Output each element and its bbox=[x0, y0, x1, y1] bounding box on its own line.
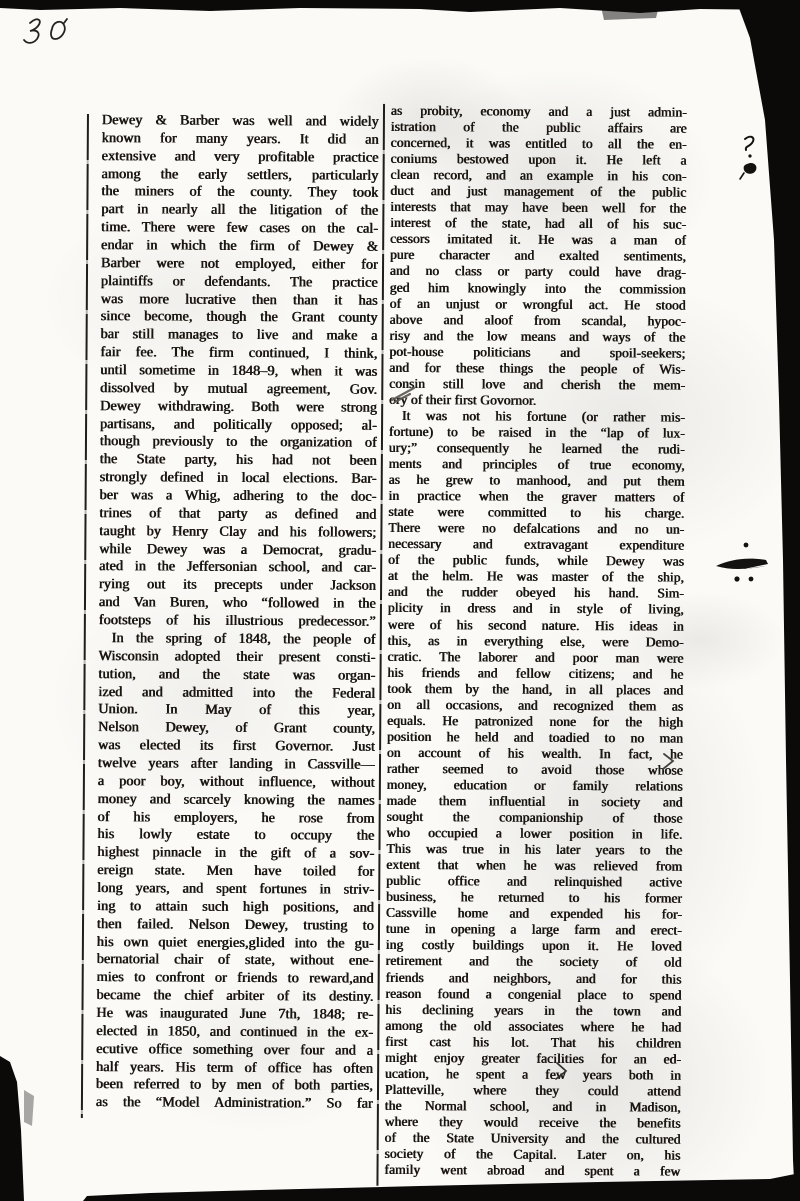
text-line: Wisconsin adopted their present consti- bbox=[99, 648, 376, 668]
text-line: tune in opening a large farm and erect- bbox=[386, 921, 682, 939]
text-line: his lowly estate to occupy the bbox=[98, 826, 375, 846]
text-line: ory of their first Govornor. bbox=[389, 392, 685, 410]
text-line: Nelson Dewey, of Grant county, bbox=[98, 719, 375, 739]
text-line: sought the companionship of those bbox=[387, 809, 683, 827]
text-line: as he grew to manhood, and put them bbox=[389, 472, 685, 490]
text-line: endar in which the firm of Dewey & bbox=[101, 237, 378, 257]
scanned-newspaper-page: Dewey & Barber was well and widelyknown … bbox=[0, 0, 800, 1201]
text-line: plaintiffs or defendants. The practice bbox=[101, 273, 378, 293]
text-line: fortune) to be raised in the “lap of lux… bbox=[389, 424, 685, 442]
text-line: on account of his wealth. In fact, he bbox=[387, 745, 683, 763]
text-line: half years. His term of office has often bbox=[96, 1059, 373, 1079]
text-line: known for many years. It did an bbox=[102, 130, 379, 150]
text-line: necessary and extravagant expenditure bbox=[388, 536, 684, 554]
text-line: twelve years after landing in Cassville— bbox=[98, 755, 375, 775]
text-line: pot-house politicians and spoil-seekers; bbox=[389, 344, 685, 362]
text-line: bernatorial chair of state, without ene- bbox=[97, 951, 374, 971]
paragraph: In the spring of 1848, the people ofWisc… bbox=[96, 630, 376, 1114]
text-line: then failed. Nelson Dewey, trusting to bbox=[97, 916, 374, 936]
text-line: istration of the public affairs are bbox=[391, 119, 687, 137]
text-line: risy and the low means and ways of the bbox=[390, 327, 686, 345]
text-line: his declining years in the town and bbox=[385, 1001, 681, 1019]
text-line: interests that may have been well for th… bbox=[390, 199, 686, 217]
text-line: concerned, it was entitled to all the en… bbox=[391, 135, 687, 153]
text-line: extensive and very profitable practice bbox=[102, 148, 379, 168]
text-line: mies to confront or friends to reward,an… bbox=[97, 969, 374, 989]
text-line: position he held and toadied to no man bbox=[387, 729, 683, 747]
paragraph: Dewey & Barber was well and widelyknown … bbox=[99, 112, 379, 632]
text-line: his own quiet energies,glided into the g… bbox=[97, 934, 374, 954]
text-line: reason found a congenial place to spend bbox=[386, 985, 682, 1003]
text-line: It was not his fortune (or rather mis- bbox=[389, 408, 685, 426]
text-line: taught by Henry Clay and his followers; bbox=[99, 523, 376, 543]
text-line: ecutive office something over four and a bbox=[96, 1041, 373, 1061]
text-line: ged him knowingly into the commission bbox=[390, 279, 686, 297]
text-line: rather seemed to avoid those whose bbox=[387, 761, 683, 779]
text-line: first cast his lot. That his children bbox=[385, 1034, 681, 1052]
text-line: might enjoy greater facilities for an ed… bbox=[385, 1050, 681, 1068]
text-line: retirement and the society of old bbox=[386, 953, 682, 971]
text-line: at the helm. He was master of the ship, bbox=[388, 568, 684, 586]
text-line: dissolved by mutual agreement, Gov. bbox=[100, 380, 377, 400]
text-line: among the early settlers, particularly bbox=[102, 166, 379, 186]
text-line: rying out its precepts under Jackson bbox=[99, 576, 376, 596]
text-line: ing costly buildings upon it. He loved bbox=[386, 937, 682, 955]
text-line: and no class or party could have drag- bbox=[390, 263, 686, 281]
text-line: took them by the hand, in all places and bbox=[387, 681, 683, 699]
text-line: ments and principles of true economy, bbox=[389, 456, 685, 474]
text-line: footsteps of his illustrious predecessor… bbox=[99, 612, 376, 632]
text-line: society of the Capital. Later on, his bbox=[385, 1146, 681, 1164]
text-line: a poor boy, without influence, without bbox=[98, 773, 375, 793]
text-line: coniums bestowed upon it. He left a bbox=[391, 151, 687, 169]
text-line: friends and neighbors, and for this bbox=[386, 969, 682, 987]
text-line: became the chief arbiter of its destiny. bbox=[97, 987, 374, 1007]
text-line: plicity in dress and in style of living, bbox=[388, 600, 684, 618]
text-line: been referred to by men of both parties, bbox=[96, 1076, 373, 1096]
text-line: though previously to the organization of bbox=[100, 434, 377, 454]
text-line: since become, though the Grant county bbox=[101, 309, 378, 329]
text-line: of an unjust or wrongful act. He stood bbox=[390, 295, 686, 313]
text-line: made them influential in society and bbox=[387, 793, 683, 811]
text-line: cessors imitated it. He was a man of bbox=[390, 231, 686, 249]
text-line: and the rudder obeyed his hand. Sim- bbox=[388, 584, 684, 602]
text-line: tution, and the state was organ- bbox=[98, 666, 375, 686]
text-line: elected in 1850, and continued in the ex… bbox=[96, 1023, 373, 1043]
text-line: were of his second nature. His ideas in bbox=[388, 616, 684, 634]
text-line: trines of that party as defined and bbox=[99, 505, 376, 525]
text-line: the State party, his had not been bbox=[100, 451, 377, 471]
text-line: among the old associates where he had bbox=[385, 1017, 681, 1035]
text-line: of the State University and the cultured bbox=[385, 1130, 681, 1148]
text-line: in practice when the graver matters of bbox=[389, 488, 685, 506]
text-line: extent that when he was relieved from bbox=[386, 857, 682, 875]
text-line: pure character and exalted sentiments, bbox=[390, 247, 686, 265]
text-line: the Normal school, and in Madison, bbox=[385, 1098, 681, 1116]
article-body: Dewey & Barber was well and widelyknown … bbox=[0, 0, 800, 1201]
text-line: There were no defalcations and no un- bbox=[388, 520, 684, 538]
text-line: on all occasions, and recognized them as bbox=[387, 697, 683, 715]
text-line: who occupied a lower position in life. bbox=[387, 825, 683, 843]
text-line: clean record, and an example in his con- bbox=[391, 167, 687, 185]
text-line: and Van Buren, who “followed in the bbox=[99, 594, 376, 614]
text-line: ated in the Jeffersonian school, and car… bbox=[99, 559, 376, 579]
text-line: In the spring of 1848, the people of bbox=[99, 630, 376, 650]
text-line: while Dewey was a Democrat, gradu- bbox=[99, 541, 376, 561]
article-column-left: Dewey & Barber was well and widelyknown … bbox=[96, 112, 379, 1114]
text-line: of his employers, he rose from bbox=[98, 809, 375, 829]
text-line: Dewey withdrawing. Both were strong bbox=[100, 398, 377, 418]
text-line: as the “Model Administration.” So far bbox=[96, 1094, 373, 1114]
text-line: cratic. The laborer and poor man were bbox=[388, 648, 684, 666]
text-line: Platteville, where they could attend bbox=[385, 1082, 681, 1100]
text-line: of the public funds, while Dewey was bbox=[388, 552, 684, 570]
text-line: strongly defined in local elections. Bar… bbox=[100, 469, 377, 489]
column-rule-left bbox=[81, 114, 89, 1118]
text-line: ized and admitted into the Federal bbox=[98, 684, 375, 704]
text-line: time. There were few cases on the cal- bbox=[101, 219, 378, 239]
text-line: highest pinnacle in the gift of a sov- bbox=[97, 844, 374, 864]
text-line: above and aloof from scandal, hypoc- bbox=[390, 311, 686, 329]
paragraph: as probity, economy and a just admin-ist… bbox=[389, 103, 687, 410]
text-line: ucation, he spent a few years both in bbox=[385, 1066, 681, 1084]
text-line: equals. He patronized none for the high bbox=[387, 713, 683, 731]
article-column-right: as probity, economy and a just admin-ist… bbox=[384, 103, 687, 1180]
text-line: ereign state. Men have toiled for bbox=[97, 862, 374, 882]
paragraph: It was not his fortune (or rather mis-fo… bbox=[384, 408, 685, 1180]
text-line: state were committed to his charge. bbox=[389, 504, 685, 522]
text-line: ury;” consequently he learned the rudi- bbox=[389, 440, 685, 458]
text-line: ing to attain such high positions, and bbox=[97, 898, 374, 918]
text-line: Dewey & Barber was well and widely bbox=[102, 112, 379, 132]
text-line: where they would receive the benefits bbox=[385, 1114, 681, 1132]
text-line: public office and relinquished active bbox=[386, 873, 682, 891]
text-line: until sometime in 1848–9, when it was bbox=[100, 362, 377, 382]
text-line: bar still manages to live and make a bbox=[101, 326, 378, 346]
text-line: ber was a Whig, adhering to the doc- bbox=[100, 487, 377, 507]
text-line: business, he returned to his former bbox=[386, 889, 682, 907]
text-line: partisans, and politically opposed; al- bbox=[100, 416, 377, 436]
text-line: family went abroad and spent a few bbox=[384, 1162, 680, 1180]
text-line: was elected its first Governor. Just bbox=[98, 737, 375, 757]
text-line: as probity, economy and a just admin- bbox=[391, 103, 687, 121]
text-line: this, as in everything else, were Demo- bbox=[388, 632, 684, 650]
text-line: He was inaugurated June 7th, 1848; re- bbox=[96, 1005, 373, 1025]
text-line: Barber were not employed, either for bbox=[101, 255, 378, 275]
text-line: consin still love and cherish the mem- bbox=[389, 376, 685, 394]
text-line: long years, and spent fortunes in striv- bbox=[97, 880, 374, 900]
text-line: duct and just management of the public bbox=[390, 183, 686, 201]
text-line: his friends and fellow citizens; and he bbox=[388, 664, 684, 682]
text-line: was more lucrative then than it has bbox=[101, 291, 378, 311]
text-line: part in nearly all the litigation of the bbox=[101, 201, 378, 221]
text-line: the miners of the county. They took bbox=[101, 184, 378, 204]
text-line: money, education or family relations bbox=[387, 777, 683, 795]
text-line: money and scarcely knowing the names bbox=[98, 791, 375, 811]
text-line: interest of the state, had all of his su… bbox=[390, 215, 686, 233]
text-line: This was true in his later years to the bbox=[386, 841, 682, 859]
text-line: Cassville home and expended his for- bbox=[386, 905, 682, 923]
text-line: fair fee. The firm continued, I think, bbox=[100, 344, 377, 364]
text-line: Union. In May of this year, bbox=[98, 701, 375, 721]
text-line: and for these things the people of Wis- bbox=[389, 360, 685, 378]
